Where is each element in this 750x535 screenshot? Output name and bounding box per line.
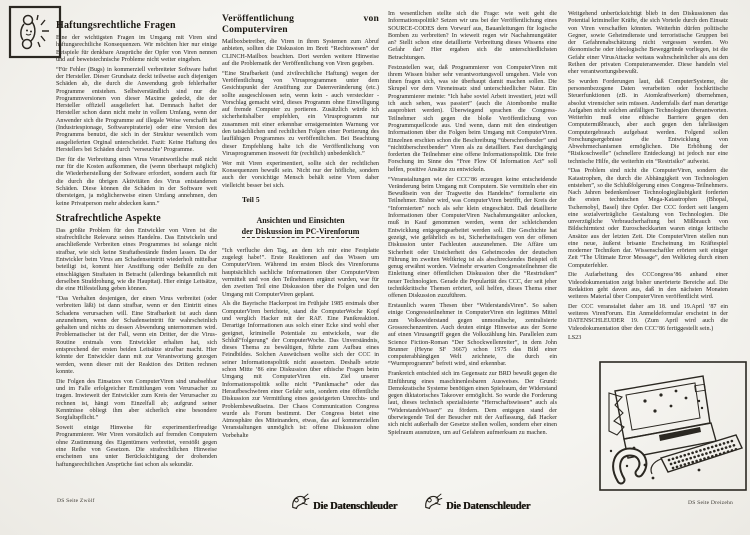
- body-paragraph: Der CCC veranstaltet daher am 18. und 19…: [568, 304, 728, 333]
- body-paragraph: Erstaunlich waren Thesen über “Widerstan…: [388, 303, 557, 369]
- page-number-right: DS Seite Dreizehn: [688, 500, 733, 506]
- body-paragraph: Die Aufarbeitung des CCCongress’86 anhan…: [568, 272, 728, 301]
- column-2: Veröffentlichung von Computerviren Mailb…: [222, 13, 379, 443]
- part-label: Teil 5: [242, 196, 379, 203]
- slingshot-hand-icon: [290, 492, 312, 512]
- body-paragraph: Die Folgen des Einsatzes von ComputerVir…: [56, 379, 217, 423]
- column-4: Weitgehend unberücksichtigt blieb in den…: [568, 11, 728, 343]
- body-paragraph: “Das Problem sind nicht die ComputerVire…: [568, 168, 728, 270]
- slingshot-hand-icon: [423, 492, 445, 512]
- column-3: Im wesentlichen stellte sich die Frage: …: [388, 11, 557, 439]
- magazine-page-scan: Haftungsrechtliche Fragen Eine der wicht…: [0, 0, 750, 535]
- body-paragraph: “Eine Strafbarkeit (und zivilrechtliche …: [222, 71, 379, 159]
- body-paragraph: “Veranstaltungen wie der CCC’86 erzeugen…: [388, 177, 557, 301]
- author-signature: LS23: [568, 335, 728, 342]
- body-paragraph: Im wesentlichen stellte sich die Frage: …: [388, 11, 557, 62]
- virus-eaten-computer-illustration: [599, 361, 747, 491]
- computer-drawing: [599, 361, 747, 491]
- logo-text: Die Datenschleuder: [446, 501, 530, 512]
- body-paragraph: Weitgehend unberücksichtigt blieb in den…: [568, 11, 728, 76]
- body-paragraph: Der für die Verbreitung eines Virus Vera…: [56, 157, 217, 208]
- subheading-ansichten-und-einsichten: Ansichten und Einsichten: [222, 217, 379, 224]
- body-paragraph: “Ich verfluche den Tag, an dem ich mir e…: [222, 248, 379, 299]
- body-paragraph: Festzustellen war, daß Programmierer von…: [388, 65, 557, 174]
- body-paragraph: Soweit einige Hinweise für experimentier…: [56, 425, 217, 469]
- body-paragraph: Mailboxbetreiber, die Viren in ihren Sys…: [222, 39, 379, 68]
- heading-veroeffentlichung-von-computerviren: Veröffentlichung von Computerviren: [222, 13, 379, 35]
- datenschleuder-logo: Die Datenschleuder: [290, 492, 397, 512]
- body-paragraph: Als die Bayrische Hackerpost im Frühjahr…: [222, 301, 379, 440]
- doodle-stamp-icon: [8, 5, 62, 59]
- column-1: Haftungsrechtliche Fragen Eine der wicht…: [56, 20, 217, 471]
- subheading-underlined-text: der Diskussion im PC-Virenforum: [242, 227, 360, 239]
- body-paragraph: Frankreich entschied sich im Gegensatz z…: [388, 371, 557, 437]
- body-paragraph: So wurden Forderungen laut, daß Computer…: [568, 79, 728, 166]
- body-paragraph: “Für Fehler (Bugs) in kommerziell verbre…: [56, 67, 217, 155]
- logo-text: Die Datenschleuder: [313, 501, 397, 512]
- datenschleuder-logo: Die Datenschleuder: [423, 492, 530, 512]
- heading-strafrechtliche-aspekte: Strafrechtliche Aspekte: [56, 213, 217, 224]
- heading-haftungsrechtliche-fragen: Haftungsrechtliche Fragen: [56, 20, 217, 31]
- body-paragraph: “Das Verhalten desjenigen, der einen Vir…: [56, 296, 217, 376]
- body-paragraph: Eine der wichtigsten Fragen im Umgang mi…: [56, 35, 217, 64]
- keyboard: [661, 435, 742, 472]
- doodle-stamp-graphic: [8, 5, 62, 59]
- page-number-left: DS Seite Zwölf: [57, 498, 95, 504]
- subheading-pc-virenforum: der Diskussion im PC-Virenforum: [222, 228, 379, 235]
- body-paragraph: Wer mit Viren experimentiert, sollte sic…: [222, 161, 379, 190]
- body-paragraph: Das größte Problem für den Entwickler vo…: [56, 228, 217, 294]
